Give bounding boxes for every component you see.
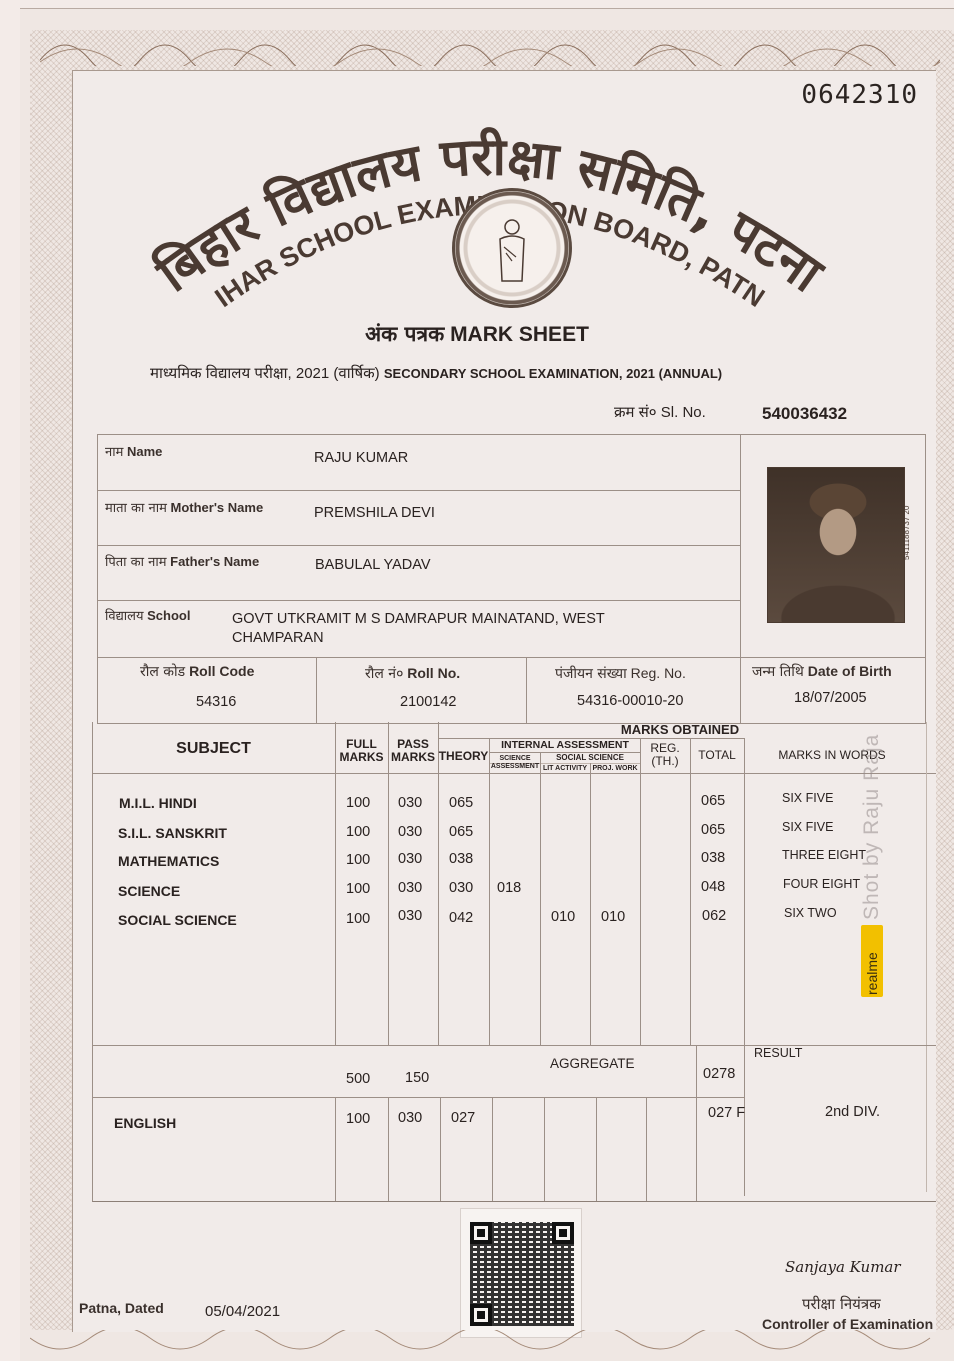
divider bbox=[92, 773, 936, 774]
title-english: MARK SHEET bbox=[450, 323, 589, 346]
exam-name-hindi: माध्यमिक विद्यालय परीक्षा, 2021 (वार्षिक… bbox=[150, 365, 380, 382]
header-marks-in-words: MARKS IN WORDS bbox=[744, 749, 920, 762]
school-label: विद्यालय School bbox=[105, 606, 190, 624]
divider bbox=[388, 1097, 389, 1201]
full-marks: 100 bbox=[346, 852, 370, 868]
header-pass-marks-line2: MARKS bbox=[388, 751, 438, 764]
name-label-hindi: नाम bbox=[105, 445, 123, 460]
full-marks: 100 bbox=[346, 795, 370, 811]
student-photo bbox=[767, 467, 905, 623]
divider bbox=[526, 657, 527, 723]
camera-brand: realme bbox=[864, 952, 880, 995]
divider bbox=[740, 434, 741, 724]
divider bbox=[690, 738, 691, 1045]
header-subject: SUBJECT bbox=[92, 740, 335, 758]
roll-code-label: रौल कोड Roll Code bbox=[140, 662, 254, 681]
mother-label-english: Mother's Name bbox=[171, 500, 264, 515]
roll-no-label-hindi: रौल नं० bbox=[365, 666, 403, 682]
title-hindi: अंक पत्रक bbox=[365, 322, 444, 346]
header-internal-assessment: INTERNAL ASSESSMENT bbox=[490, 740, 640, 752]
controller-title-hindi: परीक्षा नियंत्रक bbox=[802, 1294, 881, 1314]
roll-no: 2100142 bbox=[400, 694, 456, 710]
marks-in-words: THREE EIGHT bbox=[782, 848, 866, 862]
father-name-label: पिता का नाम Father's Name bbox=[105, 552, 259, 570]
theory-marks: 042 bbox=[449, 910, 473, 926]
marksheet-title: अंक पत्रक MARK SHEET bbox=[0, 320, 954, 348]
pass-marks: 030 bbox=[398, 795, 422, 811]
photo-code: 5411188737 20 bbox=[902, 506, 911, 560]
qr-code bbox=[460, 1208, 582, 1338]
pass-marks: 030 bbox=[398, 1110, 422, 1126]
theory-marks: 065 bbox=[449, 795, 473, 811]
divider bbox=[696, 1045, 697, 1201]
header-total: TOTAL bbox=[690, 749, 744, 762]
father-name: BABULAL YADAV bbox=[315, 557, 431, 573]
dob-label-english: Date of Birth bbox=[808, 663, 892, 679]
divider bbox=[926, 722, 927, 1192]
total-marks: 048 bbox=[701, 879, 725, 895]
issue-date: 05/04/2021 bbox=[205, 1303, 280, 1320]
aggregate-label: AGGREGATE bbox=[550, 1056, 635, 1071]
divider bbox=[640, 738, 641, 1045]
theory-marks: 027 bbox=[451, 1110, 475, 1126]
father-label-hindi: पिता का नाम bbox=[105, 555, 167, 570]
divider bbox=[492, 1097, 493, 1201]
divider bbox=[97, 657, 926, 658]
pass-marks: 030 bbox=[398, 908, 422, 924]
subject-name: S.I.L. SANSKRIT bbox=[118, 825, 227, 841]
divider bbox=[544, 1097, 545, 1201]
subject-name: ENGLISH bbox=[114, 1115, 176, 1131]
board-seal bbox=[452, 188, 572, 308]
name-label: नाम Name bbox=[105, 442, 162, 460]
divider bbox=[440, 1097, 441, 1201]
reg-label-english: Reg. No. bbox=[631, 665, 686, 681]
result-value: 2nd DIV. bbox=[825, 1104, 880, 1120]
header-social-science: SOCIAL SCIENCE bbox=[540, 754, 640, 763]
total-marks: 065 bbox=[701, 793, 725, 809]
father-label-english: Father's Name bbox=[170, 554, 259, 569]
reg-no: 54316-00010-20 bbox=[577, 693, 683, 709]
roll-code-label-english: Roll Code bbox=[189, 663, 254, 679]
controller-signature: Sanjaya Kumar bbox=[785, 1258, 901, 1276]
header-science-line1: SCIENCE bbox=[490, 755, 540, 763]
full-marks: 100 bbox=[346, 911, 370, 927]
pass-marks: 030 bbox=[398, 824, 422, 840]
divider bbox=[388, 722, 389, 1045]
total-marks: 038 bbox=[701, 850, 725, 866]
guilloche-wave-bottom bbox=[30, 1330, 954, 1361]
total-marks: 065 bbox=[701, 822, 725, 838]
theory-marks: 065 bbox=[449, 824, 473, 840]
qr-finder bbox=[470, 1222, 492, 1244]
school-label-english: School bbox=[147, 608, 190, 623]
qr-finder bbox=[470, 1304, 492, 1326]
header-science-assessment: SCIENCE ASSESSMENT bbox=[490, 755, 540, 770]
marks-in-words: SIX FIVE bbox=[782, 820, 833, 834]
aggregate-pass-marks: 150 bbox=[405, 1070, 429, 1086]
date-of-birth: 18/07/2005 bbox=[794, 690, 867, 706]
dob-label-hindi: जन्म तिथि bbox=[752, 664, 804, 680]
reg-label-hindi: पंजीयन संख्या bbox=[555, 666, 627, 682]
full-marks: 100 bbox=[346, 824, 370, 840]
student-name: RAJU KUMAR bbox=[314, 450, 408, 466]
photo-watermark: Shot by Raju Raja bbox=[860, 734, 884, 920]
subject-name: SCIENCE bbox=[118, 883, 180, 899]
pass-marks: 030 bbox=[398, 851, 422, 867]
header-full-marks-line2: MARKS bbox=[335, 751, 388, 764]
header-pass-marks: PASS MARKS bbox=[388, 738, 438, 764]
mother-label-hindi: माता का नाम bbox=[105, 501, 167, 516]
aggregate-total: 0278 bbox=[703, 1066, 735, 1082]
total-marks: 027 F bbox=[708, 1105, 745, 1121]
divider bbox=[489, 738, 490, 1045]
exam-name-english: SECONDARY SCHOOL EXAMINATION, 2021 (ANNU… bbox=[384, 366, 722, 381]
mother-name-label: माता का नाम Mother's Name bbox=[105, 498, 263, 516]
header-full-marks: FULL MARKS bbox=[335, 738, 388, 764]
divider bbox=[744, 738, 745, 1196]
roll-no-label-english: Roll No. bbox=[407, 665, 460, 681]
divider bbox=[646, 1097, 647, 1201]
full-marks: 100 bbox=[346, 1111, 370, 1127]
divider bbox=[438, 722, 439, 1045]
school-name-line1: GOVT UTKRAMIT M S DAMRAPUR MAINATAND, WE… bbox=[232, 611, 605, 627]
marks-in-words: SIX TWO bbox=[784, 906, 837, 920]
total-marks: 062 bbox=[702, 908, 726, 924]
divider bbox=[92, 1045, 936, 1046]
sl-no-value: 540036432 bbox=[762, 404, 847, 424]
marks-in-words: SIX FIVE bbox=[782, 791, 833, 805]
divider bbox=[97, 545, 740, 546]
pass-marks: 030 bbox=[398, 880, 422, 896]
subject-name: MATHEMATICS bbox=[118, 853, 219, 869]
school-label-hindi: विद्यालय bbox=[105, 609, 144, 624]
roll-code: 54316 bbox=[196, 694, 236, 710]
roll-code-label-hindi: रौल कोड bbox=[140, 664, 185, 680]
qr-finder bbox=[552, 1222, 574, 1244]
proj-work-marks: 010 bbox=[601, 909, 625, 925]
divider bbox=[316, 657, 317, 723]
reg-no-label: पंजीयन संख्या Reg. No. bbox=[555, 664, 686, 683]
roll-no-label: रौल नं० Roll No. bbox=[365, 664, 460, 683]
lit-activity-marks: 010 bbox=[551, 909, 575, 925]
divider bbox=[97, 490, 740, 491]
header-proj-work: PROJ. WORK bbox=[590, 765, 640, 773]
result-label: RESULT bbox=[754, 1046, 802, 1060]
theory-marks: 038 bbox=[449, 851, 473, 867]
header-theory: THEORY bbox=[438, 750, 489, 763]
exam-name: माध्यमिक विद्यालय परीक्षा, 2021 (वार्षिक… bbox=[150, 363, 722, 383]
header-science-line2: ASSESSMENT bbox=[490, 763, 540, 771]
subject-name: SOCIAL SCIENCE bbox=[118, 912, 237, 928]
marks-in-words: FOUR EIGHT bbox=[783, 877, 860, 891]
divider bbox=[540, 752, 541, 1045]
seal-figure-icon bbox=[492, 215, 532, 285]
dated-label: Patna, Dated bbox=[79, 1300, 164, 1316]
divider bbox=[335, 1097, 336, 1201]
name-label-english: Name bbox=[127, 444, 162, 459]
mother-name: PREMSHILA DEVI bbox=[314, 505, 435, 521]
header-lit-activity: LIT ACTIVITY bbox=[540, 765, 590, 773]
divider bbox=[590, 763, 591, 1045]
science-assessment-marks: 018 bbox=[497, 880, 521, 896]
subject-name: M.I.L. HINDI bbox=[119, 795, 197, 811]
header-reg-line2: (TH.) bbox=[640, 755, 690, 768]
school-name-line2: CHAMPARAN bbox=[232, 630, 324, 646]
divider bbox=[97, 600, 740, 601]
theory-marks: 030 bbox=[449, 880, 473, 896]
header-marks-obtained: MARKS OBTAINED bbox=[600, 723, 760, 737]
divider bbox=[596, 1097, 597, 1201]
guilloche-wave-top bbox=[40, 30, 940, 66]
aggregate-full-marks: 500 bbox=[346, 1071, 370, 1087]
divider bbox=[335, 722, 336, 1045]
header-reg-th: REG. (TH.) bbox=[640, 742, 690, 768]
sl-no-label: क्रम सं० Sl. No. bbox=[614, 402, 706, 422]
dob-label: जन्म तिथि Date of Birth bbox=[752, 662, 892, 681]
full-marks: 100 bbox=[346, 881, 370, 897]
